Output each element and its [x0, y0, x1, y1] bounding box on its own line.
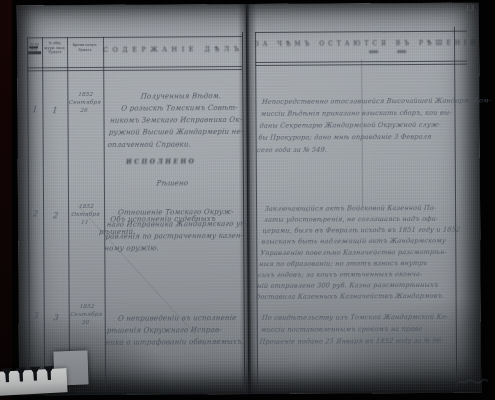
column-header-date: Время получ. бумагъ	[69, 43, 101, 55]
hw-line: рѣшенія Окружнаго Исправ-	[106, 324, 244, 337]
hw-line: Рѣшено	[103, 177, 241, 190]
hw-line: доставила Казенныхъ Казначействъ Жандарм…	[255, 291, 462, 303]
marginal-scribble-icon	[457, 378, 489, 386]
entry-1-journal-no: 1	[47, 106, 63, 115]
entry-2-resolution: Заключающійся актъ Войсковой Казенной Па…	[255, 203, 471, 303]
folio-number: 13	[461, 5, 479, 13]
table-rule	[27, 69, 242, 71]
date-line: 1852	[70, 303, 104, 311]
date-line: Сентября	[68, 99, 102, 107]
entry-2-no: 2	[29, 209, 43, 218]
film-perforation-strip-icon	[0, 368, 68, 396]
table-rule	[27, 66, 242, 68]
entry-2-date: 1852 Октября 11	[68, 203, 103, 227]
table-rule	[27, 36, 242, 38]
entry-1-resolution: Непосредственно отославшейся Высочайшей …	[257, 95, 469, 156]
date-line: 1852	[69, 203, 103, 211]
date-line: 30	[69, 319, 103, 327]
date-line: 26	[67, 107, 101, 115]
column-header-resolution: ЗА ЧѢМЪ ОСТАЮТСЯ ВЪ РѢШЕНІИ	[255, 40, 454, 48]
entry-1-date: 1852 Сентября 26	[67, 91, 102, 115]
hw-line: оплаченной Справки.	[107, 138, 245, 151]
entry-1-no: 1	[28, 105, 42, 114]
column-header-journal: № общ. журн. вход. бумагъ	[44, 41, 66, 63]
hw-line: Полученныя Вѣдом.	[112, 90, 250, 103]
header-submark	[397, 50, 406, 53]
entry-3-resolution: По свидѣтельству изъ Томской Жандармской…	[259, 311, 469, 348]
hw-line: ному оружію.	[104, 242, 242, 255]
hw-line: О неприведеніи въ исполненіе	[107, 312, 245, 325]
date-line: 11	[68, 219, 102, 227]
date-line: Октября	[69, 211, 103, 219]
entry-2-journal-no: 2	[48, 211, 64, 220]
hw-line: ружной Высшей Жандармеріи не-	[108, 126, 246, 139]
hw-line: никомъ Земскаго Исправника Ок-	[109, 114, 247, 127]
sprocket-hole-icon	[15, 367, 27, 382]
header-mark	[28, 51, 41, 54]
hw-line: О розыскѣ Томскимъ Совѣт-	[111, 102, 249, 115]
hw-line: наго Исправника Жандармскаго уп-	[106, 218, 244, 231]
table-rule	[42, 37, 45, 391]
hw-line: Прошеніе подано 25 Января въ 1852 году з…	[259, 335, 466, 348]
hw-line: равленія по растраченному казен-	[105, 230, 243, 243]
hw-line: Отношеніе Томскаго Окруж-	[107, 206, 245, 219]
office-stamp: ИСПОЛНЕНО	[126, 158, 244, 166]
date-line: 1852	[69, 91, 103, 99]
sprocket-hole-icon	[1, 368, 13, 383]
hw-line: сего года за № 549.	[257, 143, 464, 156]
date-line: Сентября	[69, 311, 103, 319]
header-submark	[369, 50, 378, 53]
hw-line: Управленію повелѣно Казначейства разсмот…	[260, 247, 467, 259]
entry-3-no: 3	[29, 311, 43, 320]
entry-3-journal-no: 3	[48, 313, 64, 322]
entry-3-content: О неприведеніи въ исполненіе рѣшенія Окр…	[105, 312, 246, 349]
sprocket-hole-icon	[29, 367, 41, 382]
column-header-contents: СОДЕРЖАНІЕ ДѢЛЪ	[103, 45, 242, 54]
header-mark	[29, 46, 38, 48]
entry-3-date: 1852 Сентября 30	[69, 303, 104, 327]
document-page: № по пор. № общ. журн. вход. бумагъ Врем…	[17, 3, 481, 396]
film-slide-frame: № по пор. № общ. журн. вход. бумагъ Врем…	[0, 0, 495, 400]
table-rule	[255, 31, 467, 33]
hw-line: По свидѣтельству изъ Томской Жандармской…	[261, 311, 468, 324]
sprocket-hole-icon	[43, 366, 55, 381]
hw-line: ника о штрафованіи обвиняемыхъ.	[105, 336, 243, 349]
entry-2-content: Отношеніе Томскаго Окруж- наго Исправник…	[104, 206, 246, 255]
hw-line: даны Секретарю Жандармской Окружной служ…	[259, 119, 466, 132]
